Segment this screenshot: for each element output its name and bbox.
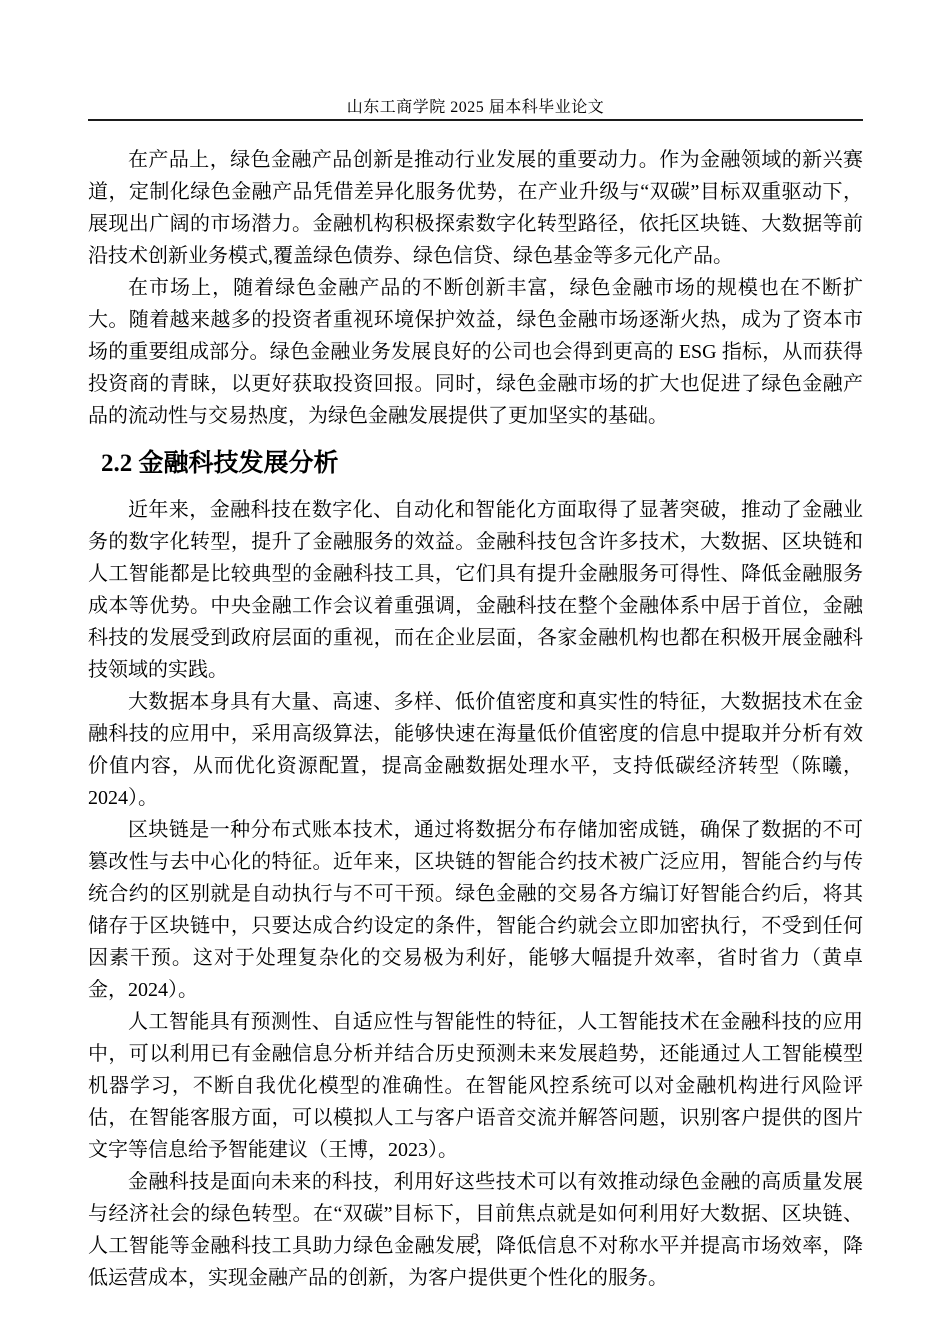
running-title: 山东工商学院 2025 届本科毕业论文 <box>347 99 605 116</box>
paragraph-big-data: 大数据本身具有大量、高速、多样、低价值密度和真实性的特征，大数据技术在金融科技的… <box>88 686 863 814</box>
page-body: 在产品上，绿色金融产品创新是推动行业发展的重要动力。作为金融领域的新兴赛道，定制… <box>88 144 863 1294</box>
paragraph-green-finance-products: 在产品上，绿色金融产品创新是推动行业发展的重要动力。作为金融领域的新兴赛道，定制… <box>88 144 863 272</box>
paragraph-fintech-overview: 近年来，金融科技在数字化、自动化和智能化方面取得了显著突破，推动了金融业务的数字… <box>88 494 863 686</box>
paragraph-blockchain: 区块链是一种分布式账本技术，通过将数据分布存储加密成链，确保了数据的不可篡改性与… <box>88 814 863 1006</box>
thesis-page: 山东工商学院 2025 届本科毕业论文 在产品上，绿色金融产品创新是推动行业发展… <box>0 0 950 1344</box>
page-number: 3 <box>0 1228 950 1252</box>
page-header: 山东工商学院 2025 届本科毕业论文 <box>88 0 863 121</box>
paragraph-artificial-intelligence: 人工智能具有预测性、自适应性与智能性的特征，人工智能技术在金融科技的应用中，可以… <box>88 1006 863 1166</box>
section-heading-2-2-fintech-analysis: 2.2 金融科技发展分析 <box>88 444 863 484</box>
paragraph-green-finance-market: 在市场上，随着绿色金融产品的不断创新丰富，绿色金融市场的规模也在不断扩大。随着越… <box>88 272 863 432</box>
